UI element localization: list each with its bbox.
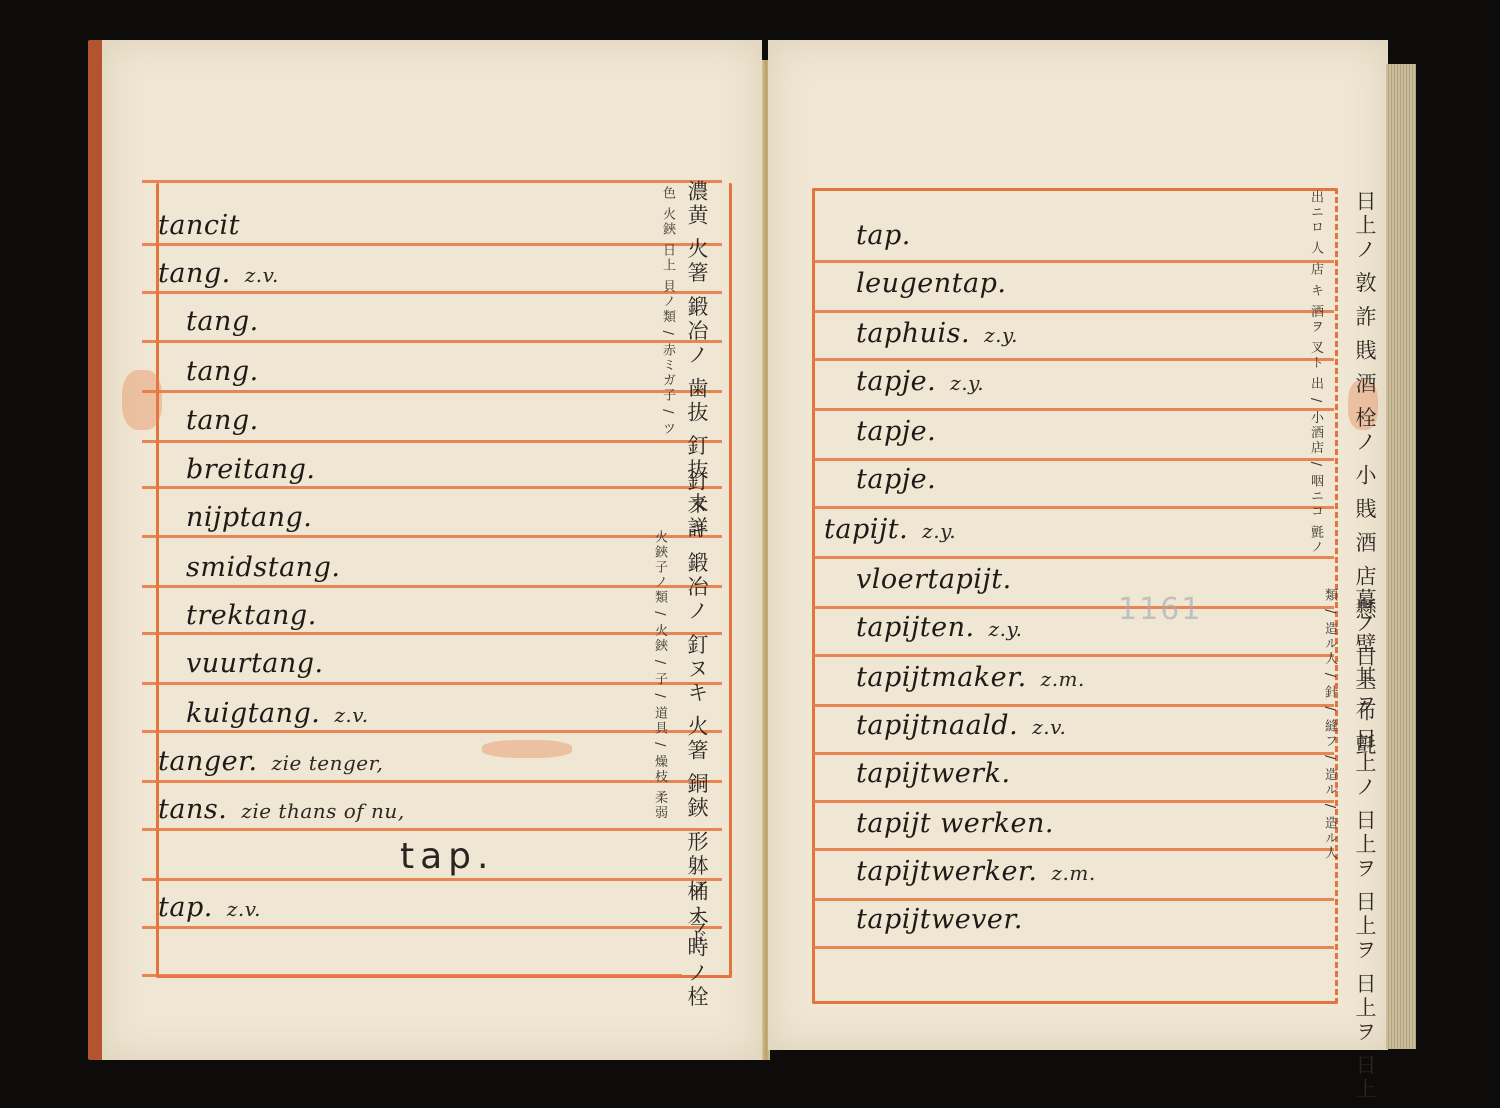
entry-word: nijptang. [186,502,326,533]
page-stack-right [1386,64,1416,1049]
entry-word: breitang. [186,454,330,485]
entry-word: tapijt werken. [856,808,1068,839]
ruled-line [812,506,1334,509]
entry-word: tapijt.z.y. [824,514,956,545]
japanese-gloss-small: 類 / 造ル人 / 針 / 縫フ / 造ル / 造ル人 [1320,588,1339,861]
entry-word: kuigtang.z.v. [186,698,369,729]
ruled-line [142,440,722,443]
japanese-gloss-small: 出ニロ 人 店 キ 酒ヲ 叉ト 出 / 小酒店 / 咽ニコ 氈ノ [1306,190,1325,555]
open-book: tancit tang.z.v. tang. tang. tang. breit… [88,40,1418,1060]
ruled-line [812,800,1334,803]
japanese-gloss: 幕ノ 日上ヲ 日上ノ 日上ヲ 日上ヲ 日上ヲ 日上 [1350,588,1380,1102]
ruled-line [142,535,722,538]
entry-word: vloertapijt. [856,564,1026,595]
ruled-line [812,358,1334,361]
ruled-line [812,408,1334,411]
ruled-line [812,946,1334,949]
japanese-gloss: 桶ナド ノ栓 [682,880,712,1010]
ruled-line [812,752,1334,755]
ruled-line [812,654,1334,657]
ruled-line [142,390,722,393]
entry-word: tap.z.v. [158,892,261,923]
section-heading: tap. [400,836,494,877]
entry-word: tapje.z.y. [856,366,984,397]
entry-word: tang. [186,306,273,337]
ruled-line [812,556,1334,559]
entry-word: tapje. [856,416,950,447]
ink-smudge [482,740,572,758]
ruled-line [142,180,722,183]
entry-word: tang. [186,356,273,387]
entry-word: tapijtwerker.z.m. [856,856,1096,887]
ruled-line [142,632,722,635]
japanese-gloss-small: 火鋏子ノ類 / 火鋏 / 子 / 道具 / 燥枝 柔弱 [650,530,669,821]
entry-word: trektang. [186,600,331,631]
ruled-line [812,310,1334,313]
entry-word: tanger.zie tenger, [158,746,383,777]
ruled-line [812,458,1334,461]
entry-word: tapijtwerk. [856,758,1025,789]
ruled-line [142,828,722,831]
right-page: 1161 tap. leugentap. taphuis.z.y. tapje.… [768,40,1388,1050]
ruled-line [142,730,722,733]
ruled-line [142,926,722,929]
entry-word: tancit [158,210,254,241]
ruled-line [142,878,722,881]
entry-word: smidstang. [186,552,354,583]
ruled-line [812,848,1334,851]
entry-word: tap. [856,220,925,251]
entry-word: tapijtnaald.z.v. [856,710,1066,741]
entry-word: tang. [186,405,273,436]
ruled-line [142,243,722,246]
ruled-line [142,486,722,489]
ruled-line [142,585,722,588]
entry-word: tang.z.v. [158,258,279,289]
entry-word: tans.zie thans of nu, [158,794,405,825]
ruled-line [142,291,722,294]
entry-word: tapijtwever. [856,904,1037,935]
left-page: tancit tang.z.v. tang. tang. tang. breit… [102,40,762,1060]
entry-word: tapje. [856,464,950,495]
ruled-line [812,606,1334,609]
ink-smudge [122,370,162,430]
library-stamp: 1161 [1118,592,1202,627]
entry-word: vuurtang. [186,648,338,679]
ruled-line [142,780,722,783]
ruled-line [142,682,722,685]
entry-word: taphuis.z.y. [856,318,1018,349]
ruled-line [142,974,682,977]
entry-word: tapijten.z.y. [856,612,1022,643]
ruled-line [812,704,1334,707]
ruled-line [812,898,1334,901]
entry-word: tapijtmaker.z.m. [856,662,1085,693]
ruled-line [812,260,1334,263]
ruled-line [142,340,722,343]
entry-word: leugentap. [856,268,1020,299]
japanese-gloss-small: 色 火鋏 日上 貝ノ類 / 赤ミガ子 / ツ [658,186,677,437]
